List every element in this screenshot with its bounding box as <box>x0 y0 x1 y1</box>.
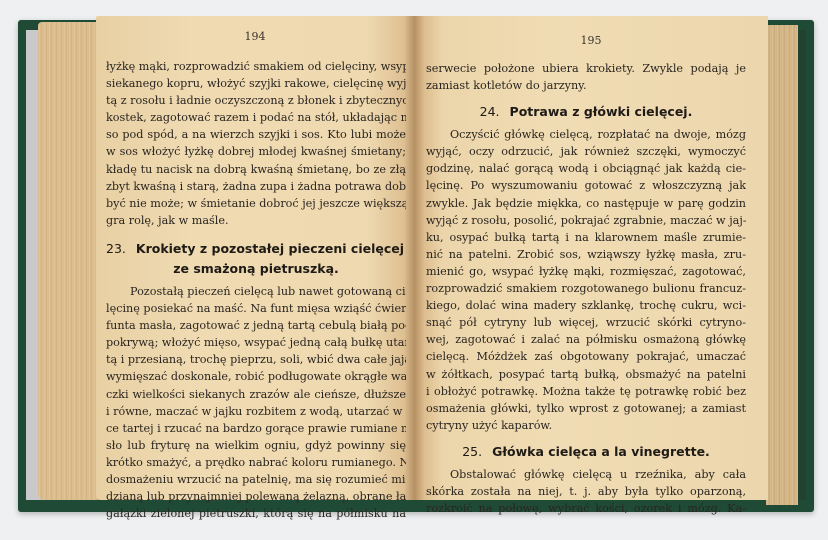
cover-endpaper-right <box>798 30 806 500</box>
recipe-25-heading: 25.Główka cielęca a la vinegrette. <box>426 442 746 462</box>
text-line: Obstalować główkę cielęcą u rzeźnika, ab… <box>426 466 746 483</box>
text-line: w żółtkach, posypać tartą bułką, obsmaży… <box>426 366 746 383</box>
text-line: i obłożyć potrawkę. Można także tę potra… <box>426 383 746 400</box>
text-line: serwecie położone ubiera krokiety. Zwykl… <box>426 60 746 77</box>
text-line: kiego, dolać wina madery szklankę, troch… <box>426 297 746 314</box>
left-page: 194 łyżkę mąki, rozprowadzić smakiem od … <box>96 16 414 500</box>
text-line: zamiast kotletów do jarzyny. <box>426 77 746 94</box>
recipe-title: Potrawa z główki cielęcej. <box>510 104 693 119</box>
text-line: ce tartej i rzucać na bardzo gorące praw… <box>106 420 406 437</box>
page-number-right: 195 <box>414 34 768 47</box>
recipe-24-heading: 24.Potrawa z główki cielęcej. <box>426 102 746 122</box>
page-edges-right <box>766 25 798 505</box>
text-line: cytryny użyć kaparów. <box>426 417 746 434</box>
text-line: kładę tu nacisk na dobrą kwaśną śmietanę… <box>106 161 406 178</box>
recipe-title: Krokiety z pozostałej pieczeni cielęcej <box>136 241 404 256</box>
page-edges-left <box>38 22 98 500</box>
recipe-23-heading-line2: ze smażoną pietruszką. <box>106 259 406 279</box>
text-line: rozprowadzić smakiem rozgotowanego bulio… <box>426 280 746 297</box>
text-line: Oczyścić główkę cielęcą, rozpłatać na dw… <box>426 126 746 143</box>
text-line: kostek, zagotować razem i podać na stół,… <box>106 109 406 126</box>
right-page-text: serwecie położone ubiera krokiety. Zwykl… <box>426 60 746 517</box>
text-line: gra rolę, jak w maśle. <box>106 212 406 229</box>
text-line: skórka została na niej, t. j. aby była t… <box>426 483 746 500</box>
text-line: lęcinę. Po wyszumowaniu gotować z włoszc… <box>426 177 746 194</box>
recipe-title: Główka cielęca a la vinegrette. <box>492 444 710 459</box>
text-line: Pozostałą pieczeń cielęcą lub nawet goto… <box>106 283 406 300</box>
text-line: osmażenia główki, tylko wprost z gotowan… <box>426 400 746 417</box>
book-gutter <box>404 16 424 500</box>
text-line: być nie może; w śmietanie dobroć jej jes… <box>106 195 406 212</box>
recipe-number: 24. <box>480 104 500 119</box>
text-line: czki wielkości siekanych zrazów ale cień… <box>106 386 406 403</box>
text-line: dosmażeniu wrzucić na patelnię, ma się r… <box>106 471 406 488</box>
text-line: wymięszać doskonale, robić podługowate o… <box>106 368 406 385</box>
text-line: siekanego kopru, włożyć szyjki rakowe, c… <box>106 75 406 92</box>
text-line: w sos włożyć łyżkę dobrej młodej kwaśnej… <box>106 143 406 160</box>
page-number-left: 194 <box>96 30 414 43</box>
text-line: łyżkę mąki, rozprowadzić smakiem od ciel… <box>106 58 406 75</box>
text-line: krótko smażyć, a prędko nabrać koloru ru… <box>106 454 406 471</box>
text-line: pokrywą; włożyć mięso, wsypać jedną całą… <box>106 334 406 351</box>
text-line: funta masła, zagotować z jedną tartą ceb… <box>106 317 406 334</box>
text-line: rozkroić na połowę, wybrać kości, ozorek… <box>426 500 746 517</box>
text-line: wyjąć z rosołu, posolić, pokrajać zgrabn… <box>426 212 746 229</box>
text-line: gałązki zielonej pietruszki, którą się n… <box>106 505 406 522</box>
text-line: zbyt kwaśną i starą, żadna zupa i żadna … <box>106 178 406 195</box>
text-line: tą i przesianą, trochę pieprzu, soli, wb… <box>106 351 406 368</box>
text-line: tą z rosołu i ładnie oczyszczoną z błone… <box>106 92 406 109</box>
text-line: nić na patelni. Zrobić sos, wziąwszy łyż… <box>426 246 746 263</box>
text-line: wej, zagotować i zalać na półmisku osmaż… <box>426 331 746 348</box>
recipe-number: 25. <box>462 444 482 459</box>
text-line: snąć pół cytryny lub więcej, wrzucić skó… <box>426 314 746 331</box>
text-line: wyjąć, oczy odrzucić, jak również szczęk… <box>426 143 746 160</box>
left-page-text: łyżkę mąki, rozprowadzić smakiem od ciel… <box>106 58 406 522</box>
text-line: dzianą lub przynajmniej polewaną żelazną… <box>106 488 406 505</box>
text-line: zwykle. Jak będzie miękka, co następuje … <box>426 195 746 212</box>
text-line: godzinę, nalać gorącą wodą i obciągnąć j… <box>426 160 746 177</box>
text-line: lęcinę posiekać na maść. Na funt mięsa w… <box>106 300 406 317</box>
recipe-number: 23. <box>106 241 126 256</box>
text-line: ku, osypać bułką tartą i na klarownem ma… <box>426 229 746 246</box>
right-page: 195 serwecie położone ubiera krokiety. Z… <box>414 16 768 500</box>
text-line: i równe, maczać w jajku rozbitem z wodą,… <box>106 403 406 420</box>
text-line: mienić go, wsypać łyżkę mąki, rozmięszać… <box>426 263 746 280</box>
text-line: sło lub fryturę na wielkim ogniu, gdyż p… <box>106 437 406 454</box>
text-line: so pod spód, a na wierzch szyjki i sos. … <box>106 126 406 143</box>
text-line: cielęcą. Móżdżek zaś obgotowany pokrajać… <box>426 348 746 365</box>
recipe-23-heading: 23.Krokiety z pozostałej pieczeni cielęc… <box>106 239 406 259</box>
